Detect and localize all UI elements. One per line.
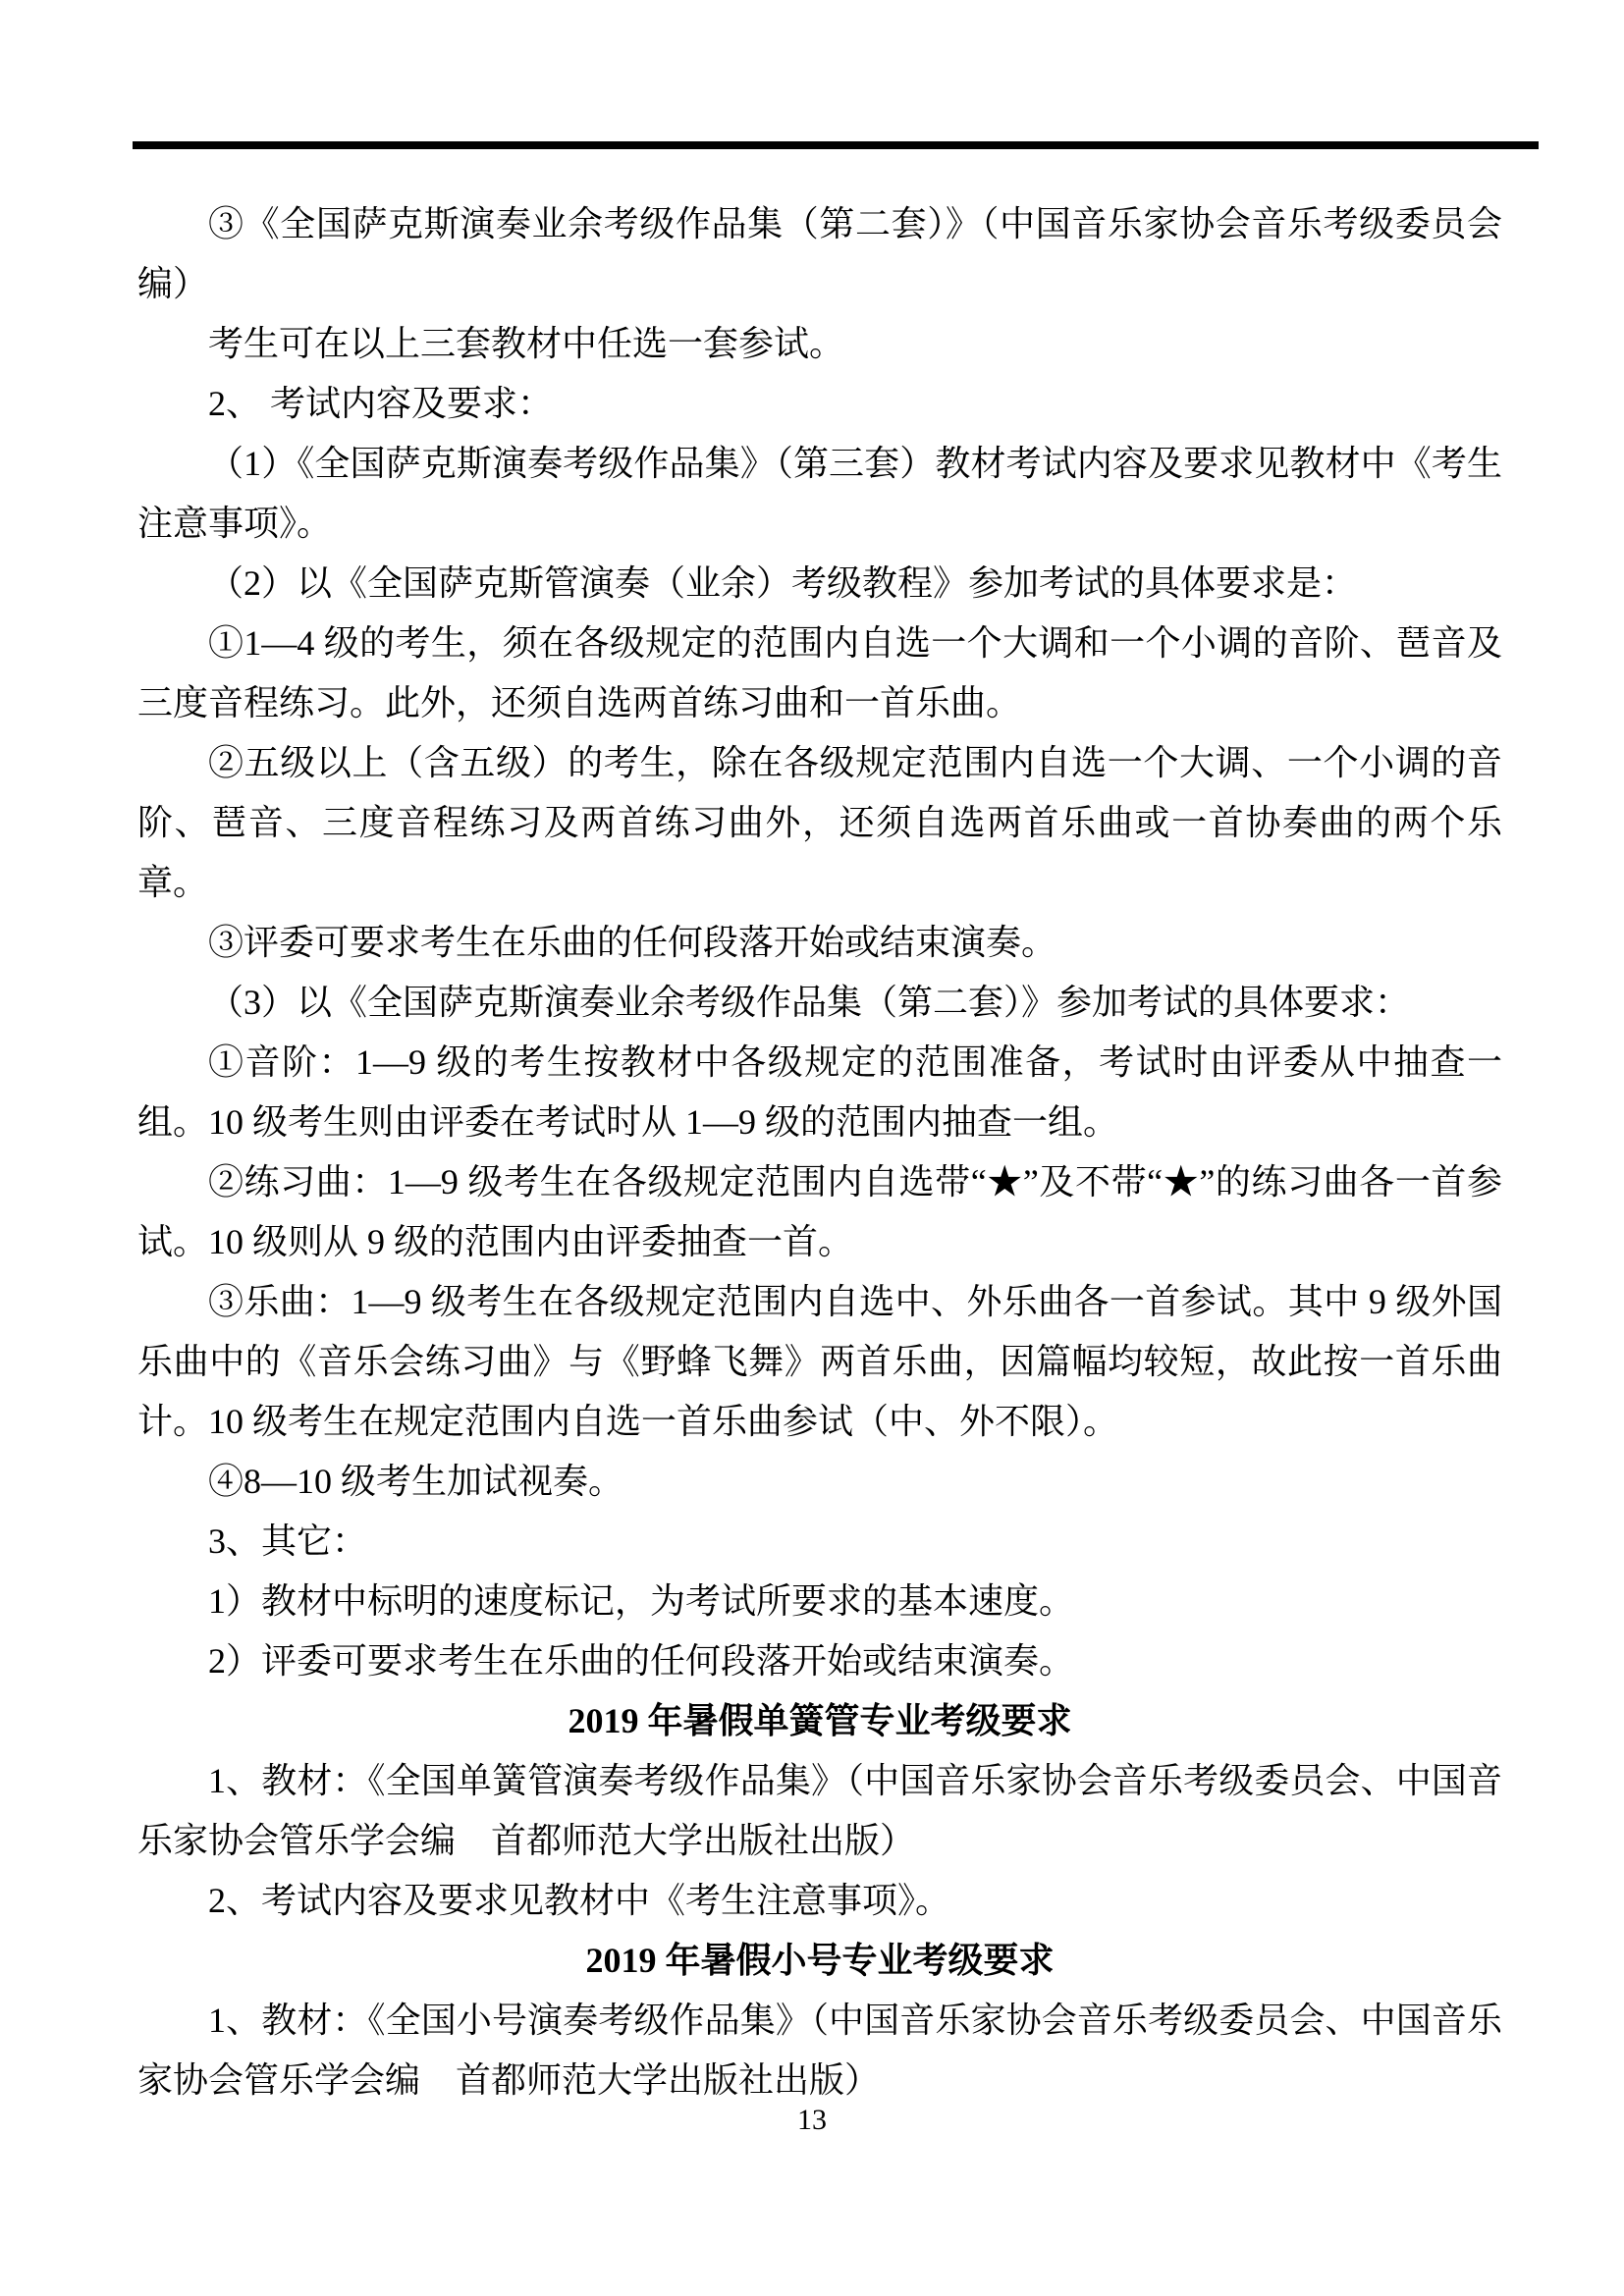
paragraph: ④8—10 级考生加试视奏。 <box>137 1452 1502 1512</box>
paragraph: ②练习曲：1—9 级考生在各级规定范围内自选带“★”及不带“★”的练习曲各一首参… <box>137 1152 1502 1272</box>
document-page: ③《全国萨克斯演奏业余考级作品集（第二套）》（中国音乐家协会音乐考级委员会编）考… <box>0 0 1624 2296</box>
paragraph: （3）以《全国萨克斯演奏业余考级作品集（第二套）》参加考试的具体要求： <box>137 973 1502 1033</box>
header-rule <box>133 141 1539 149</box>
paragraph: ①1—4 级的考生，须在各级规定的范围内自选一个大调和一个小调的音阶、琶音及三度… <box>137 614 1502 733</box>
section-heading: 2019 年暑假小号专业考级要求 <box>137 1931 1502 1991</box>
paragraph: ③乐曲：1—9 级考生在各级规定范围内自选中、外乐曲各一首参试。其中 9 级外国… <box>137 1272 1502 1452</box>
paragraph: ②五级以上（含五级）的考生，除在各级规定范围内自选一个大调、一个小调的音阶、琶音… <box>137 733 1502 913</box>
paragraph: 2）评委可要求考生在乐曲的任何段落开始或结束演奏。 <box>137 1631 1502 1691</box>
paragraph: ③评委可要求考生在乐曲的任何段落开始或结束演奏。 <box>137 913 1502 973</box>
page-number: 13 <box>0 2101 1624 2140</box>
paragraph: 考生可在以上三套教材中任选一套参试。 <box>137 314 1502 374</box>
paragraph: ①音阶：1—9 级的考生按教材中各级规定的范围准备，考试时由评委从中抽查一组。1… <box>137 1033 1502 1152</box>
paragraph: 1）教材中标明的速度标记，为考试所要求的基本速度。 <box>137 1572 1502 1631</box>
document-content: ③《全国萨克斯演奏业余考级作品集（第二套）》（中国音乐家协会音乐考级委员会编）考… <box>137 194 1502 2110</box>
section-heading: 2019 年暑假单簧管专业考级要求 <box>137 1691 1502 1751</box>
paragraph: 1、教材：《全国单簧管演奏考级作品集》（中国音乐家协会音乐考级委员会、中国音乐家… <box>137 1751 1502 1871</box>
paragraph: 1、教材：《全国小号演奏考级作品集》（中国音乐家协会音乐考级委员会、中国音乐家协… <box>137 1991 1502 2110</box>
paragraph: 3、其它： <box>137 1512 1502 1572</box>
paragraph: 2、考试内容及要求见教材中《考生注意事项》。 <box>137 1871 1502 1931</box>
paragraph: （1）《全国萨克斯演奏考级作品集》（第三套）教材考试内容及要求见教材中《考生注意… <box>137 434 1502 554</box>
paragraph: 2、 考试内容及要求： <box>137 374 1502 434</box>
paragraph: （2）以《全国萨克斯管演奏（业余）考级教程》参加考试的具体要求是： <box>137 554 1502 614</box>
paragraph: ③《全国萨克斯演奏业余考级作品集（第二套）》（中国音乐家协会音乐考级委员会编） <box>137 194 1502 314</box>
